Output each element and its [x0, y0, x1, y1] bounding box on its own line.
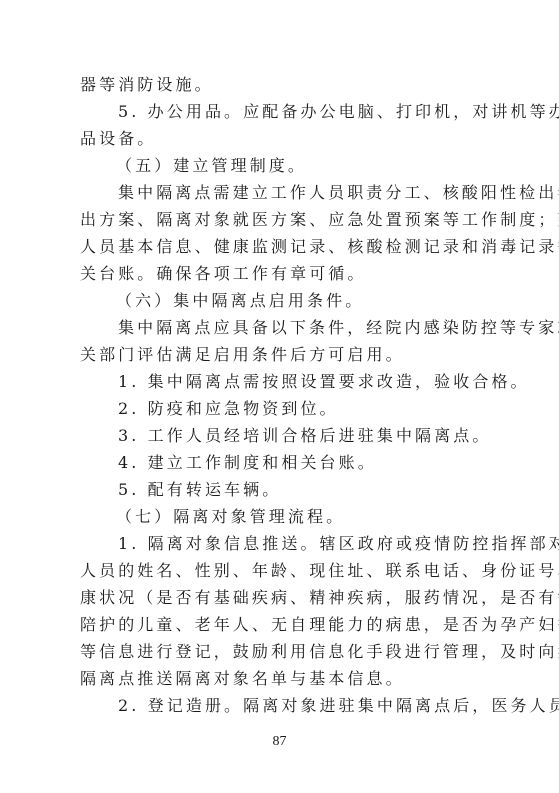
text-line: 关部门评估满足启用条件后方可启用。	[80, 341, 486, 368]
text-line: 陪护的儿童、老年人、无自理能力的病患，是否为孕产妇等）	[80, 611, 486, 638]
section-heading-7: （七）隔离对象管理流程。	[80, 503, 486, 530]
page-number: 87	[0, 734, 559, 750]
list-item: 3. 工作人员经培训合格后进驻集中隔离点。	[80, 422, 486, 449]
list-item: 2. 登记造册。隔离对象进驻集中隔离点后，医务人员在 24	[80, 692, 486, 719]
text-line: 品设备。	[80, 125, 486, 152]
text-line: 等信息进行登记，鼓励利用信息化手段进行管理，及时向集中	[80, 638, 486, 665]
list-item: 1. 隔离对象信息推送。辖区政府或疫情防控指挥部对隔离	[80, 530, 486, 557]
list-item: 4. 建立工作制度和相关台账。	[80, 449, 486, 476]
paragraph-line: 集中隔离点需建立工作人员职责分工、核酸阳性检出者转	[80, 179, 486, 206]
text-line: 出方案、隔离对象就医方案、应急处置预案等工作制度；建立	[80, 206, 486, 233]
text-line: 人员的姓名、性别、年龄、现住址、联系电话、身份证号、健	[80, 557, 486, 584]
text-line: 器等消防设施。	[80, 71, 486, 98]
section-heading-6: （六）集中隔离点启用条件。	[80, 287, 486, 314]
document-page: 器等消防设施。 5. 办公用品。应配备办公电脑、打印机，对讲机等办公用 品设备。…	[0, 0, 559, 793]
list-item: 1. 集中隔离点需按照设置要求改造，验收合格。	[80, 368, 486, 395]
section-heading-5: （五）建立管理制度。	[80, 152, 486, 179]
text-line: 康状况（是否有基础疾病、精神疾病，服药情况，是否有需要	[80, 584, 486, 611]
list-item-office-supplies: 5. 办公用品。应配备办公电脑、打印机，对讲机等办公用	[80, 98, 486, 125]
text-line: 人员基本信息、健康监测记录、核酸检测记录和消毒记录等相	[80, 233, 486, 260]
paragraph-line: 集中隔离点应具备以下条件，经院内感染防控等专家或有	[80, 314, 486, 341]
text-line: 关台账。确保各项工作有章可循。	[80, 260, 486, 287]
list-item: 2. 防疫和应急物资到位。	[80, 395, 486, 422]
text-line: 隔离点推送隔离对象名单与基本信息。	[80, 665, 486, 692]
body-text: 器等消防设施。 5. 办公用品。应配备办公电脑、打印机，对讲机等办公用 品设备。…	[80, 71, 486, 719]
list-item: 5. 配有转运车辆。	[80, 476, 486, 503]
